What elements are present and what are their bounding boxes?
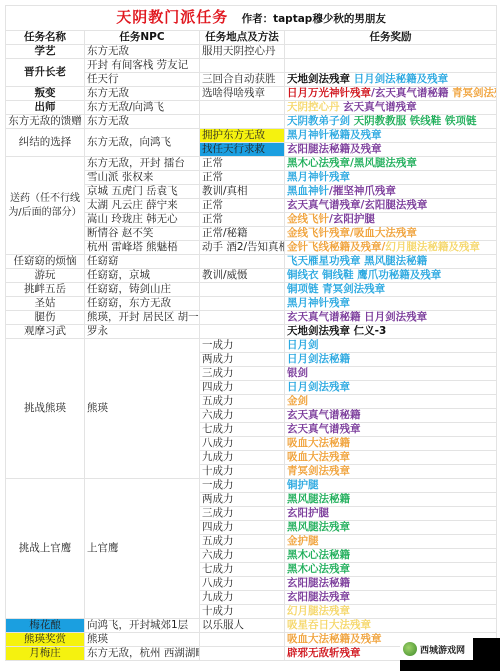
task-reward: 日月万光神针残章/玄天真气谱秘籍 青冥剑法残章 xyxy=(285,87,497,101)
task-reward: 黑月神针残章 xyxy=(285,171,497,185)
reward-item: 玄天真气谱残章 xyxy=(287,423,361,435)
author-credit: 作者：taptap穆少秋的男朋友 xyxy=(242,13,386,25)
task-reward: 日月剑 xyxy=(285,339,497,353)
reward-item: 银剑 xyxy=(287,367,308,379)
task-location: 正常 xyxy=(200,213,285,227)
reward-item: 日月剑 xyxy=(287,339,319,351)
site-logo-icon xyxy=(403,642,417,656)
challenge-xiongying-group: 挑战熊瑛熊瑛一成力日月剑两成力日月剑法秘籍三成力银剑四成力日月剑法残章五成力金剑… xyxy=(6,339,497,479)
task-reward: 天地剑法残章 仁义-3 xyxy=(285,325,497,339)
task-reward: 金针飞线秘籍及残章/幻月腿法秘籍及残章 xyxy=(285,241,497,255)
task-npc: 开封 有间客栈 劳友记 xyxy=(85,59,200,73)
reward-item: 黑风腿法残章 xyxy=(287,521,350,533)
page-title: 天阴教门派任务 xyxy=(116,8,228,26)
task-name: 熊瑛奖赏 xyxy=(6,633,85,647)
table-row: 挑战熊瑛熊瑛一成力日月剑 xyxy=(6,339,497,353)
task-location: 两成力 xyxy=(200,493,285,507)
task-reward: 日月剑法秘籍 xyxy=(285,353,497,367)
header-row: 任务名称 任务NPC 任务地点及方法 任务奖励 xyxy=(6,31,497,45)
task-location: 九成力 xyxy=(200,591,285,605)
task-reward: 金护腿 xyxy=(285,535,497,549)
task-reward: 天地剑法残章 日月剑法秘籍及残章 xyxy=(285,73,497,87)
task-reward: 黑木心法残章 xyxy=(285,563,497,577)
task-location: 服用天阴控心丹 xyxy=(200,45,285,59)
task-npc: 雪山派 张权来 xyxy=(85,171,200,185)
task-name: 出师 xyxy=(6,101,85,115)
task-reward: 吸星吞日大法残章 xyxy=(285,619,497,633)
task-location: 一成力 xyxy=(200,339,285,353)
task-location: 正常 xyxy=(200,157,285,171)
reward-item: 金护腿 xyxy=(287,535,319,547)
reward-item: 黑木心法残章/黑风腿法残章 xyxy=(287,157,417,169)
task-name: 挑战熊瑛 xyxy=(6,339,85,479)
task-location-choice-rescue: 找任天行求救 xyxy=(200,143,285,157)
header-task-npc: 任务NPC xyxy=(85,31,200,45)
reward-item: 铜项链 青冥剑法残章 xyxy=(287,283,385,295)
reward-item: 金剑 xyxy=(287,395,308,407)
table-row: 腿伤 熊瑛，开封 居民区 胡一指 玄天真气谱秘籍 日月剑法残章 xyxy=(6,311,497,325)
reward-item: 玄天真气谱残章/玄阳腿法残章 xyxy=(287,199,427,211)
table-row: 梅花酿 向鸿飞，开封城郊1层 以乐服人 吸星吞日大法残章 xyxy=(6,619,497,633)
reward-item: /玄天真气谱秘籍 xyxy=(371,87,448,99)
task-reward: 金剑 xyxy=(285,395,497,409)
task-reward xyxy=(285,59,497,73)
reward-item: 日月剑法残章 xyxy=(287,381,350,393)
task-npc: 任窈窈 xyxy=(85,255,200,269)
task-reward: 黑月神针残章 xyxy=(285,297,497,311)
task-npc: 任天行 xyxy=(85,73,200,87)
task-location: 三回合自动获胜 xyxy=(200,73,285,87)
reward-item: 辟邪无敌斩残章 xyxy=(287,647,361,659)
reward-item: 玄天真气谱秘籍 xyxy=(287,409,361,421)
task-reward: 铜线衣 铜线鞋 鹰爪功秘籍及残章 xyxy=(285,269,497,283)
task-reward: 飞天雁星功残章 黑风腿法秘籍 xyxy=(285,255,497,269)
reward-item: 天阴教弟子剑 xyxy=(287,115,350,127)
task-location: 六成力 xyxy=(200,549,285,563)
task-location xyxy=(200,311,285,325)
task-location: 教训/真相 xyxy=(200,185,285,199)
task-location: 八成力 xyxy=(200,437,285,451)
reward-item: 飞天雁星功残章 黑风腿法秘籍 xyxy=(287,255,427,267)
table-row: 挑战上官鹰上官鹰一成力铜护腿 xyxy=(6,479,497,493)
task-name: 晋升长老 xyxy=(6,59,85,87)
task-name: 观摩习武 xyxy=(6,325,85,339)
task-npc: 杭州 雷峰塔 熊魅梧 xyxy=(85,241,200,255)
task-location: 以乐服人 xyxy=(200,619,285,633)
task-location xyxy=(200,255,285,269)
task-npc: 任窈窈，东方无敌 xyxy=(85,297,200,311)
task-location: 十成力 xyxy=(200,465,285,479)
reward-item: 青冥剑法残章 xyxy=(448,87,496,99)
task-reward: 玄阳护腿 xyxy=(285,507,497,521)
task-reward: 银剑 xyxy=(285,367,497,381)
task-npc: 东方无敌 xyxy=(85,87,200,101)
task-location: 四成力 xyxy=(200,521,285,535)
task-location xyxy=(200,297,285,311)
task-name: 挑战上官鹰 xyxy=(6,479,85,619)
task-npc: 熊瑛 xyxy=(85,339,200,479)
table-row: 挑衅五岳 任窈窈，铸剑山庄 铜项链 青冥剑法残章 xyxy=(6,283,497,297)
task-name: 送药（任不行线为/后面的部分） xyxy=(6,157,85,255)
table-row: 观摩习武 罗永 天地剑法残章 仁义-3 xyxy=(6,325,497,339)
task-npc: 京城 五虎门 岳袁飞 xyxy=(85,185,200,199)
task-reward: 黑木心法残章/黑风腿法残章 xyxy=(285,157,497,171)
reward-item: 日月万光神针残章 xyxy=(287,87,371,99)
task-npc: 任窈窈，京城 xyxy=(85,269,200,283)
task-npc: 东方无敌 xyxy=(85,115,200,129)
reward-item: 金针飞线秘籍及残章/ xyxy=(287,241,385,253)
table-row: 晋升长老 开封 有间客栈 劳友记 xyxy=(6,59,497,73)
task-location: 三成力 xyxy=(200,507,285,521)
task-reward: 黑风腿法残章 xyxy=(285,521,497,535)
reward-item: 黑木心法秘籍 xyxy=(287,549,350,561)
task-name: 圣姑 xyxy=(6,297,85,311)
task-reward: 天阴教弟子剑 天阴教教服 铁线鞋 铁项链 xyxy=(285,115,497,129)
task-location-choice-support: 拥护东方无敌 xyxy=(200,129,285,143)
reward-item: 玄阳护腿 xyxy=(287,507,329,519)
task-reward: 吸血大法残章 xyxy=(285,451,497,465)
title-row: 天阴教门派任务 作者：taptap穆少秋的男朋友 xyxy=(6,6,497,31)
task-location: 八成力 xyxy=(200,577,285,591)
reward-item: 黑月神针秘籍及残章 xyxy=(287,129,382,141)
header-task-location: 任务地点及方法 xyxy=(200,31,285,45)
task-npc: 东方无敌，杭州 西湖湖畔 xyxy=(85,647,200,661)
challenge-shangguanying-group: 挑战上官鹰上官鹰一成力铜护腿两成力黑风腿法秘籍三成力玄阳护腿四成力黑风腿法残章五… xyxy=(6,479,497,619)
task-reward: 吸血大法秘籍 xyxy=(285,437,497,451)
table-row: 东方无敌的馈赠 东方无敌 天阴教弟子剑 天阴教教服 铁线鞋 铁项链 xyxy=(6,115,497,129)
reward-item: 玄阳腿法秘籍 xyxy=(287,577,350,589)
task-reward: 玄天真气谱秘籍 日月剑法残章 xyxy=(285,311,497,325)
reward-item: 天阴控心丹 xyxy=(287,101,340,113)
table-row: 任窈窈的烦恼 任窈窈 飞天雁星功残章 黑风腿法秘籍 xyxy=(6,255,497,269)
task-location: 七成力 xyxy=(200,423,285,437)
task-reward: 金线飞针/玄阳护腿 xyxy=(285,213,497,227)
reward-item: 幻月腿法秘籍及残章 xyxy=(385,241,480,253)
task-npc: 断情谷 赵不笑 xyxy=(85,227,200,241)
reward-item: 铜护腿 xyxy=(287,479,319,491)
task-name: 任窈窈的烦恼 xyxy=(6,255,85,269)
reward-item: 黑月神针残章 xyxy=(287,171,350,183)
reward-item: 青冥剑法残章 xyxy=(287,465,350,477)
task-reward: 玄天真气谱秘籍 xyxy=(285,409,497,423)
task-table-sheet: 天阴教门派任务 作者：taptap穆少秋的男朋友 任务名称 任务NPC 任务地点… xyxy=(5,5,496,661)
reward-item: 黑血神针 xyxy=(287,185,329,197)
task-npc: 东方无敌，向鸿飞 xyxy=(85,129,200,157)
task-location xyxy=(200,59,285,73)
task-table: 天阴教门派任务 作者：taptap穆少秋的男朋友 任务名称 任务NPC 任务地点… xyxy=(5,5,497,661)
task-location xyxy=(200,633,285,647)
table-row: 出师 东方无敌/向鸿飞 天阴控心丹 玄天真气谱残章 xyxy=(6,101,497,115)
task-name: 游玩 xyxy=(6,269,85,283)
task-location: 正常 xyxy=(200,171,285,185)
task-npc: 向鸿飞，开封城郊1层 xyxy=(85,619,200,633)
task-name: 叛变 xyxy=(6,87,85,101)
task-location: 七成力 xyxy=(200,563,285,577)
watermark-badge: 西城游戏网 xyxy=(400,638,473,660)
table-row: 送药（任不行线为/后面的部分）东方无敌，开封 擂台正常黑木心法残章/黑风腿法残章 xyxy=(6,157,497,171)
reward-item: 玄阳腿法残章 xyxy=(287,591,350,603)
task-location: 教训/威慑 xyxy=(200,269,285,283)
task-reward: 黑月神针秘籍及残章 xyxy=(285,129,497,143)
task-npc: 罗永 xyxy=(85,325,200,339)
task-location: 两成力 xyxy=(200,353,285,367)
reward-item: 日月剑法秘籍 xyxy=(287,353,350,365)
task-location: 五成力 xyxy=(200,535,285,549)
task-reward: 黑血神针/摧坚神爪残章 xyxy=(285,185,497,199)
task-name: 梅花酿 xyxy=(6,619,85,633)
reward-item: 金线飞针 xyxy=(287,213,329,225)
task-location xyxy=(200,325,285,339)
reward-item: 黑月神针残章 xyxy=(287,297,350,309)
delivery-group: 送药（任不行线为/后面的部分）东方无敌，开封 擂台正常黑木心法残章/黑风腿法残章… xyxy=(6,157,497,255)
task-npc: 任窈窈，铸剑山庄 xyxy=(85,283,200,297)
header-task-reward: 任务奖励 xyxy=(285,31,497,45)
task-reward: 玄阳腿法秘籍及残章 xyxy=(285,143,497,157)
task-location: 五成力 xyxy=(200,395,285,409)
task-location: 九成力 xyxy=(200,451,285,465)
reward-item: 吸血大法秘籍及残章 xyxy=(287,633,382,645)
task-npc: 上官鹰 xyxy=(85,479,200,619)
reward-item: 天阴教教服 铁线鞋 铁项链 xyxy=(350,115,476,127)
task-reward: 铜护腿 xyxy=(285,479,497,493)
task-reward: 金线飞针残章/吸血大法残章 xyxy=(285,227,497,241)
reward-item: 黑木心法残章 xyxy=(287,563,350,575)
task-reward: 黑风腿法秘籍 xyxy=(285,493,497,507)
task-location: 正常/秘籍 xyxy=(200,227,285,241)
task-name: 月梅庄 xyxy=(6,647,85,661)
task-location: 四成力 xyxy=(200,381,285,395)
task-location xyxy=(200,115,285,129)
task-npc: 东方无敌/向鸿飞 xyxy=(85,101,200,115)
reward-item: 日月剑法秘籍及残章 xyxy=(350,73,448,85)
reward-item: 日月剑法残章 xyxy=(364,311,427,323)
task-npc: 东方无敌 xyxy=(85,45,200,59)
task-name: 东方无敌的馈赠 xyxy=(6,115,85,129)
watermark: 西城游戏网 xyxy=(400,638,500,671)
reward-item: 玄天真气谱秘籍 xyxy=(287,311,364,323)
task-name: 学艺 xyxy=(6,45,85,59)
table-row: 叛变 东方无敌 选啥得啥残章 日月万光神针残章/玄天真气谱秘籍 青冥剑法残章 xyxy=(6,87,497,101)
task-location: 三成力 xyxy=(200,367,285,381)
task-location xyxy=(200,101,285,115)
task-reward: 玄天真气谱残章 xyxy=(285,423,497,437)
header-task-name: 任务名称 xyxy=(6,31,85,45)
table-row: 学艺 东方无敌 服用天阴控心丹 xyxy=(6,45,497,59)
table-row: 纠结的选择 东方无敌，向鸿飞 拥护东方无敌 黑月神针秘籍及残章 xyxy=(6,129,497,143)
task-location: 六成力 xyxy=(200,409,285,423)
task-location xyxy=(200,283,285,297)
task-reward: 玄阳腿法残章 xyxy=(285,591,497,605)
task-reward: 黑木心法秘籍 xyxy=(285,549,497,563)
task-name: 腿伤 xyxy=(6,311,85,325)
reward-item: /摧坚神爪残章 xyxy=(329,185,396,197)
watermark-text: 西城游戏网 xyxy=(420,643,465,656)
task-reward: 幻月腿法残章 xyxy=(285,605,497,619)
reward-item: 铜线衣 铜线鞋 鹰爪功秘籍及残章 xyxy=(287,269,441,281)
reward-item: 天地剑法残章 仁义-3 xyxy=(287,325,386,337)
reward-item: 幻月腿法残章 xyxy=(287,605,350,617)
reward-item: 吸血大法残章 xyxy=(287,451,350,463)
task-reward: 玄阳腿法秘籍 xyxy=(285,577,497,591)
title-cell: 天阴教门派任务 作者：taptap穆少秋的男朋友 xyxy=(6,6,497,31)
task-reward: 天阴控心丹 玄天真气谱残章 xyxy=(285,101,497,115)
task-name: 纠结的选择 xyxy=(6,129,85,157)
task-location: 一成力 xyxy=(200,479,285,493)
task-reward: 玄天真气谱残章/玄阳腿法残章 xyxy=(285,199,497,213)
reward-item: 吸星吞日大法残章 xyxy=(287,619,371,631)
task-location: 选啥得啥残章 xyxy=(200,87,285,101)
task-name: 挑衅五岳 xyxy=(6,283,85,297)
task-npc: 东方无敌，开封 擂台 xyxy=(85,157,200,171)
task-npc: 熊瑛，开封 居民区 胡一指 xyxy=(85,311,200,325)
task-npc: 嵩山 玲珑庄 韩无心 xyxy=(85,213,200,227)
task-location: 十成力 xyxy=(200,605,285,619)
task-npc: 太湖 凡云庄 薛宁来 xyxy=(85,199,200,213)
reward-item: 黑风腿法秘籍 xyxy=(287,493,350,505)
reward-item: 吸血大法秘籍 xyxy=(287,437,350,449)
task-reward: 铜项链 青冥剑法残章 xyxy=(285,283,497,297)
task-location: 正常 xyxy=(200,199,285,213)
task-reward xyxy=(285,45,497,59)
table-row: 游玩 任窈窈，京城 教训/威慑 铜线衣 铜线鞋 鹰爪功秘籍及残章 xyxy=(6,269,497,283)
reward-item: 天地剑法残章 xyxy=(287,73,350,85)
task-npc: 熊瑛 xyxy=(85,633,200,647)
reward-item: 玄天真气谱残章 xyxy=(340,101,417,113)
task-reward: 日月剑法残章 xyxy=(285,381,497,395)
task-reward: 青冥剑法残章 xyxy=(285,465,497,479)
reward-item: 玄阳腿法秘籍及残章 xyxy=(287,143,382,155)
table-row: 圣姑 任窈窈，东方无敌 黑月神针残章 xyxy=(6,297,497,311)
reward-item: /玄阳护腿 xyxy=(329,213,375,225)
task-location: 动手 酒2/告知真相 xyxy=(200,241,285,255)
task-location xyxy=(200,647,285,661)
reward-item: 金线飞针残章/吸血大法残章 xyxy=(287,227,417,239)
